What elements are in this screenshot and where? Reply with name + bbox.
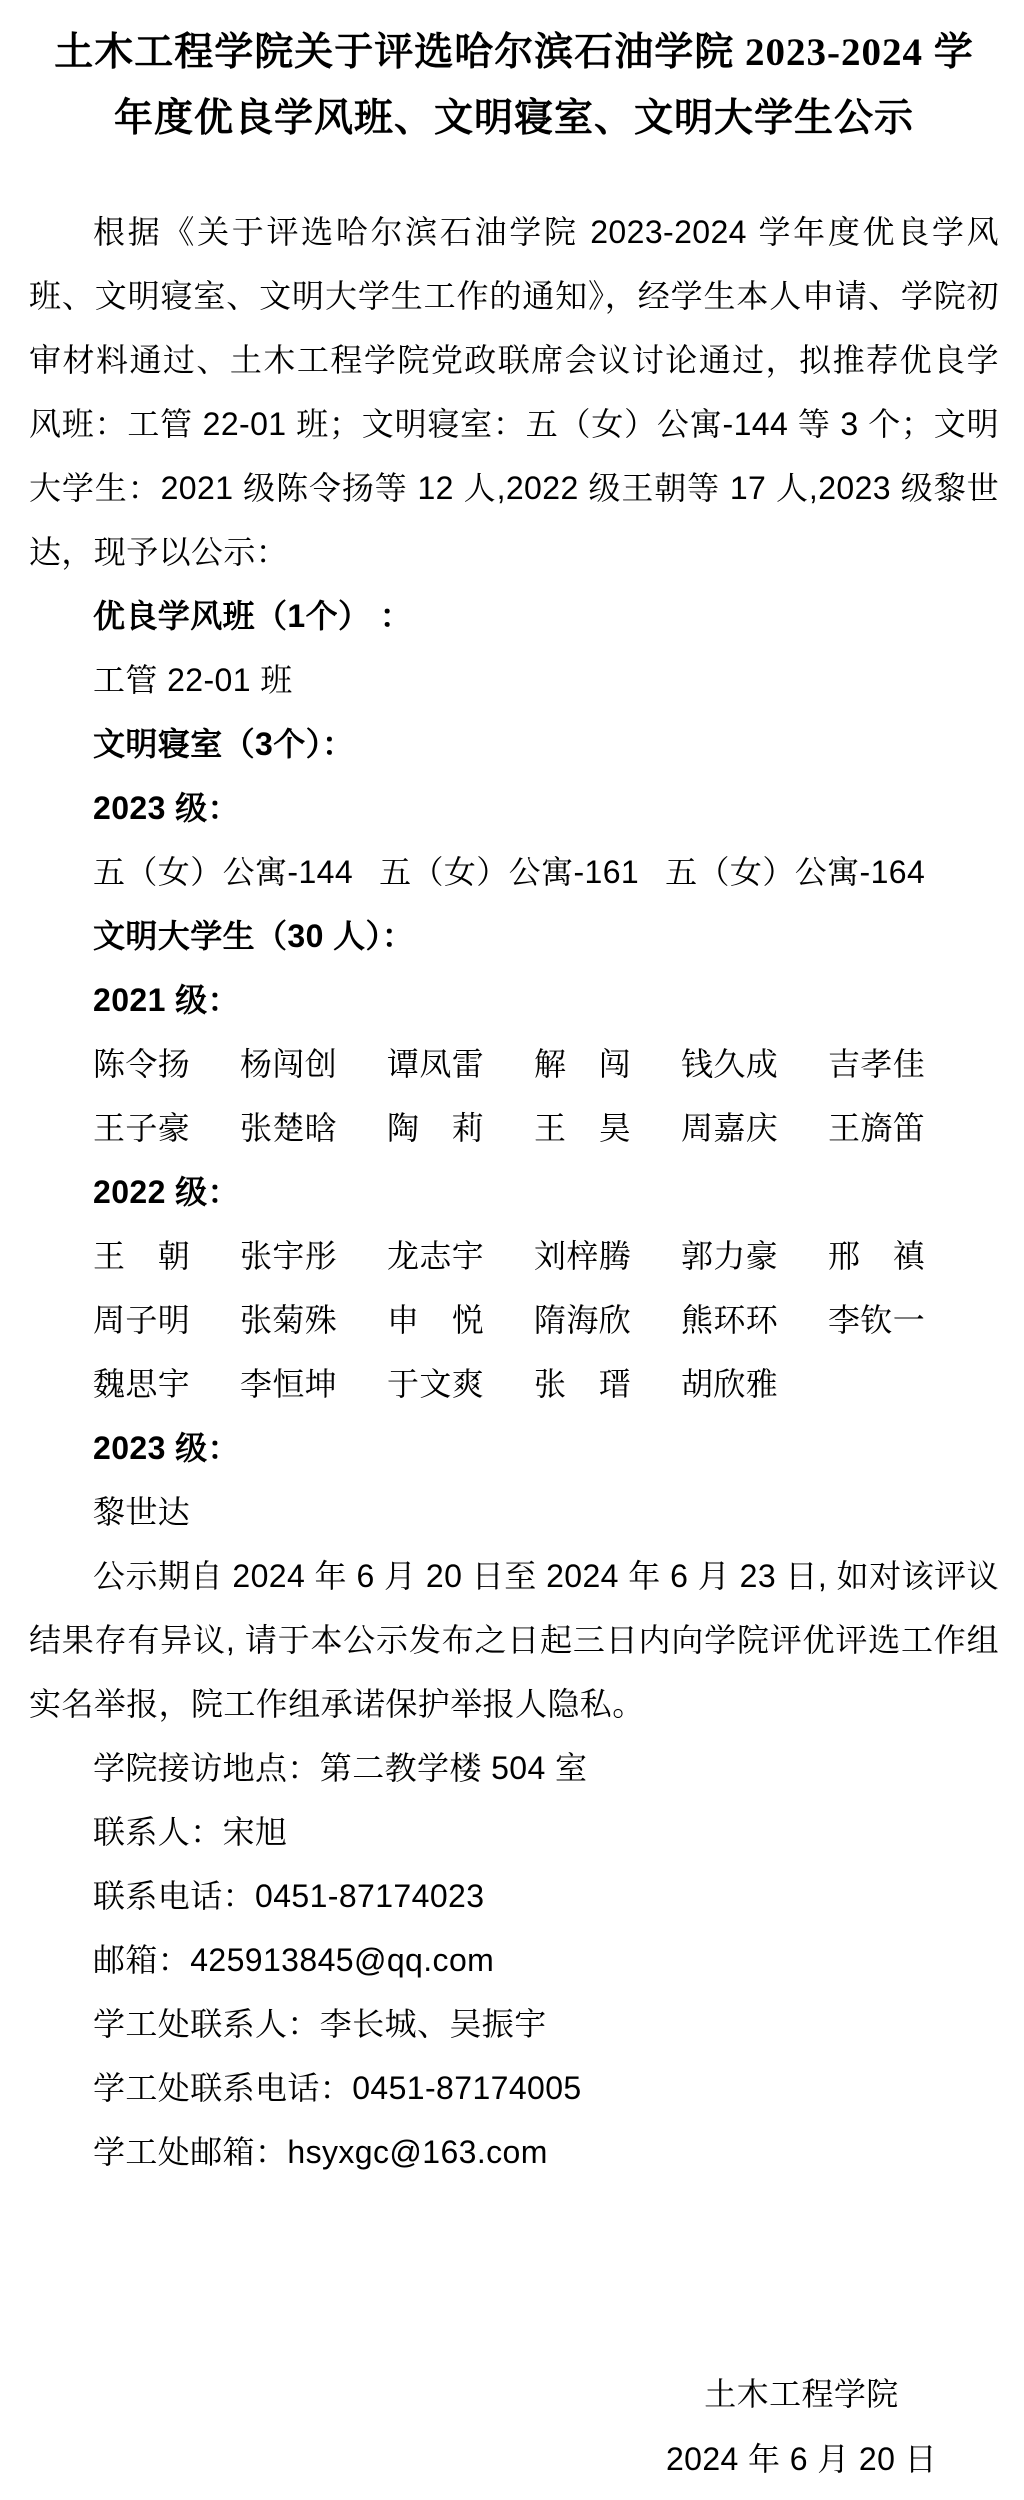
student-name: 李钦一 [828, 1288, 975, 1352]
student-name: 周嘉庆 [681, 1096, 828, 1160]
contact-line-office-email: 学工处邮箱：hsyxgc@163.com [29, 2120, 999, 2184]
signature-org: 土木工程学院 [666, 2362, 937, 2427]
student-name: 郭力豪 [681, 1224, 828, 1288]
student-name: 邢 禛 [828, 1224, 975, 1288]
document-title: 土木工程学院关于评选哈尔滨石油学院 2023-2024 学 年度优良学风班、文明… [29, 20, 999, 152]
study-class-heading: 优良学风班（1个） ： [29, 584, 999, 648]
student-row: 陈令扬 杨闯创 谭凤雷 解 闯 钱久成 吉孝佳 [29, 1032, 999, 1096]
student-name: 张楚晗 [240, 1096, 387, 1160]
closing-paragraph: 公示期自 2024 年 6 月 20 日至 2024 年 6 月 23 日, 如… [29, 1544, 999, 1736]
dorm-item: 五（女）公寓-161 [379, 840, 639, 904]
document-body: 根据《关于评选哈尔滨石油学院 2023-2024 学年度优良学风班、文明寝室、文… [29, 200, 999, 2184]
student-name: 王旖笛 [828, 1096, 975, 1160]
student-name: 谭凤雷 [387, 1032, 534, 1096]
signature-date: 2024 年 6 月 20 日 [666, 2427, 937, 2492]
dorm-item: 五（女）公寓-164 [665, 840, 925, 904]
student-name: 熊环环 [681, 1288, 828, 1352]
dorm-item: 五（女）公寓-144 [93, 840, 353, 904]
student-name: 陈令扬 [93, 1032, 240, 1096]
student-name: 周子明 [93, 1288, 240, 1352]
dorms-heading: 文明寝室（3个）： [29, 712, 999, 776]
student-name: 陶 莉 [387, 1096, 534, 1160]
student-row: 王 朝 张宇彤 龙志宇 刘梓腾 郭力豪 邢 禛 [29, 1224, 999, 1288]
grade-2021-heading: 2021 级： [29, 968, 999, 1032]
student-name: 魏思宇 [93, 1352, 240, 1416]
students-heading: 文明大学生（30 人）： [29, 904, 999, 968]
student-name: 龙志宇 [387, 1224, 534, 1288]
student-name: 申 悦 [387, 1288, 534, 1352]
student-name: 王 昊 [534, 1096, 681, 1160]
signature-block: 土木工程学院 2024 年 6 月 20 日 [666, 2362, 937, 2492]
contact-line-visit-location: 学院接访地点：第二教学楼 504 室 [29, 1736, 999, 1800]
student-row: 周子明 张菊殊 申 悦 隋海欣 熊环环 李钦一 [29, 1288, 999, 1352]
student-name: 钱久成 [681, 1032, 828, 1096]
student-name: 胡欣雅 [681, 1352, 828, 1416]
document-title-line2: 年度优良学风班、文明寝室、文明大学生公示 [114, 97, 914, 140]
dorms-grade-heading: 2023 级： [29, 776, 999, 840]
student-name: 于文爽 [387, 1352, 534, 1416]
student-name: 吉孝佳 [828, 1032, 975, 1096]
student-name: 王 朝 [93, 1224, 240, 1288]
grade-2023-student: 黎世达 [29, 1480, 999, 1544]
student-name: 隋海欣 [534, 1288, 681, 1352]
announcement-page: 土木工程学院关于评选哈尔滨石油学院 2023-2024 学 年度优良学风班、文明… [0, 0, 1024, 2500]
intro-paragraph: 根据《关于评选哈尔滨石油学院 2023-2024 学年度优良学风班、文明寝室、文… [29, 200, 999, 584]
contact-line-email: 邮箱：425913845@qq.com [29, 1928, 999, 1992]
student-name: 张宇彤 [240, 1224, 387, 1288]
student-row: 魏思宇 李恒坤 于文爽 张 瑨 胡欣雅 [29, 1352, 999, 1416]
study-class-item: 工管 22-01 班 [29, 648, 999, 712]
contact-line-phone: 联系电话：0451-87174023 [29, 1864, 999, 1928]
contact-line-office-phone: 学工处联系电话：0451-87174005 [29, 2056, 999, 2120]
dorm-list-row: 五（女）公寓-144 五（女）公寓-161 五（女）公寓-164 [29, 840, 999, 904]
student-name: 杨闯创 [240, 1032, 387, 1096]
contact-line-office-person: 学工处联系人：李长城、吴振宇 [29, 1992, 999, 2056]
student-name: 解 闯 [534, 1032, 681, 1096]
student-name: 王子豪 [93, 1096, 240, 1160]
student-name: 刘梓腾 [534, 1224, 681, 1288]
document-title-line1: 土木工程学院关于评选哈尔滨石油学院 2023-2024 学 [54, 31, 974, 74]
student-row: 王子豪 张楚晗 陶 莉 王 昊 周嘉庆 王旖笛 [29, 1096, 999, 1160]
grade-2023-heading: 2023 级： [29, 1416, 999, 1480]
contact-line-person: 联系人：宋旭 [29, 1800, 999, 1864]
student-name: 张 瑨 [534, 1352, 681, 1416]
student-name: 李恒坤 [240, 1352, 387, 1416]
student-name: 张菊殊 [240, 1288, 387, 1352]
grade-2022-heading: 2022 级： [29, 1160, 999, 1224]
